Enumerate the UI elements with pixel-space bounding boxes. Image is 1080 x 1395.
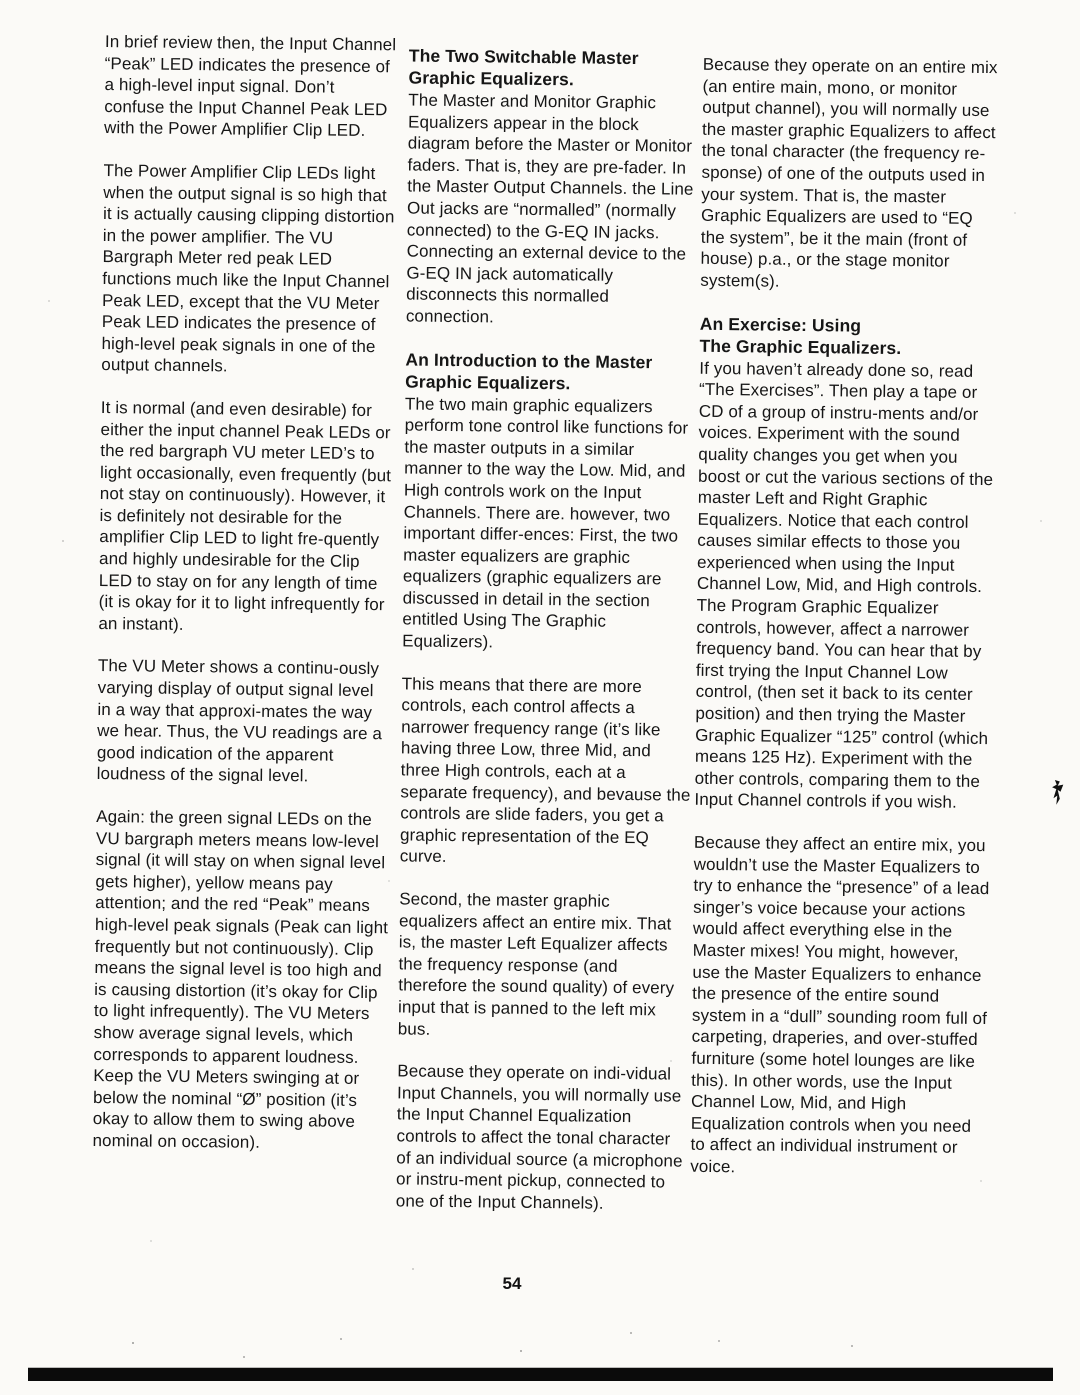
paragraph: The Power Amplifier Clip LEDs light when… [101,160,397,379]
paragraph: Keep the VU Meters swinging at or below … [92,1065,387,1155]
paragraph: Second, the master graphic equalizers af… [398,888,690,1042]
text-column-right: Because they operate on an entire mix (a… [690,54,1001,1181]
noise-specks [0,0,2,2]
paragraph: It is normal (and even desirable) for ei… [98,397,395,638]
paragraph: Because they affect an entire mix, you w… [690,832,992,1181]
paragraph: The VU Meter shows a continu-ously varyi… [97,655,392,788]
text-column-left: In brief review then, the Input Channel … [92,31,399,1155]
paragraph: In brief review then, the Input Channel … [104,31,399,142]
paragraph: Again: the green signal LEDs on the VU b… [93,806,390,1068]
paragraph: The two main graphic equalizers perform … [402,393,695,655]
paragraph: This means that there are more controls,… [400,673,692,871]
paragraph: Because they operate on an entire mix (a… [700,54,1001,295]
paragraph: Because they operate on indi-vidual Inpu… [396,1061,688,1215]
scan-content: In brief review then, the Input Channel … [0,0,1080,1395]
section-heading: An Exercise: Using The Graphic Equalizer… [699,312,997,359]
paragraph: If you haven’t already done so, read “Th… [694,357,997,814]
section-heading: An Introduction to the Master Graphic Eq… [405,348,695,395]
scanned-manual-page: In brief review then, the Input Channel … [0,0,1080,1395]
section-heading: The Two Switchable Master Graphic Equali… [408,44,698,91]
scan-bottom-bar [28,1368,1053,1381]
paragraph: The Master and Monitor Graphic Equalizer… [406,89,699,330]
page-number: 54 [462,1274,562,1294]
text-column-middle: The Two Switchable Master Graphic Equali… [396,44,699,1215]
